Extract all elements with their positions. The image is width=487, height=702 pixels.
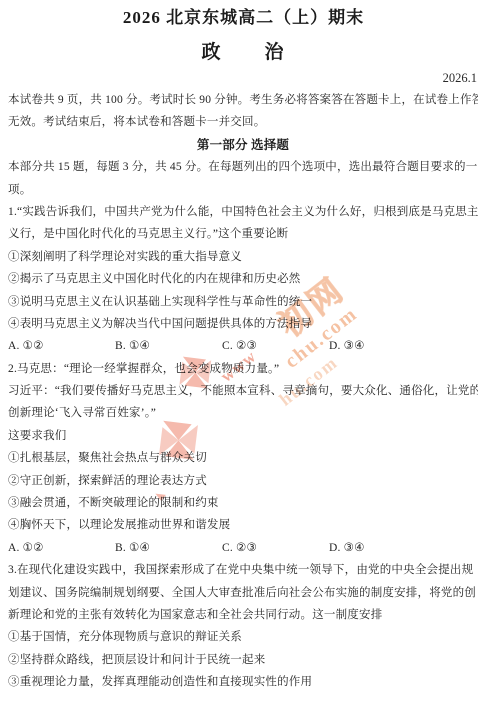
text-line: 2.马克思：“理论一经掌握群众，也会变成物质力量。” xyxy=(8,358,478,380)
answer-options-row: A. ①②B. ①④C. ②③D. ③④ xyxy=(8,537,478,559)
text-line: 义行，是中国化时代化的马克思主义行。”这个重要论断 xyxy=(8,223,478,245)
text-line: 新理论和党的主张有效转化为国家意志和全社会共同行动。这一制度安排 xyxy=(8,604,478,626)
exam-date: 2026.1 xyxy=(0,70,487,86)
text-line: 3.在现代化建设实践中，我国探索形成了在党中央集中统一领导下，由党的中央全会提出… xyxy=(8,559,478,581)
exam-paper-page: 2026 北京东城高二（上）期末 政 治 2026.1 本试卷共 9 页，共 1… xyxy=(0,0,487,702)
answer-option: C. ②③ xyxy=(222,537,329,559)
text-line: 创新理论‘飞入寻常百姓家’。” xyxy=(8,402,478,424)
text-line: ③重视理论力量，发挥真理能动创造性和直接现实性的作用 xyxy=(8,671,478,693)
answer-option: C. ②③ xyxy=(222,335,329,357)
text-line: 1.“实践告诉我们，中国共产党为什么能，中国特色社会主义为什么好，归根到底是马克… xyxy=(8,201,478,223)
text-line: ②守正创新，探索鲜活的理论表达方式 xyxy=(8,470,478,492)
answer-option: D. ③④ xyxy=(329,335,365,357)
text-line: 本试卷共 9 页，共 100 分。考试时长 90 分钟。考生务必将答案答在答题卡… xyxy=(8,89,478,111)
answer-option: A. ①② xyxy=(8,335,115,357)
section-heading: 第一部分 选择题 xyxy=(8,134,478,156)
text-line: ②坚持群众路线，把顶层设计和问计于民统一起来 xyxy=(8,649,478,671)
text-line: 项。 xyxy=(8,179,478,201)
answer-options-row: A. ①②B. ①④C. ②③D. ③④ xyxy=(8,335,478,357)
text-line: 划建议、国务院编制规划纲要、全国人大审查批准后向社会公布实施的制度安排，将党的创 xyxy=(8,582,478,604)
text-line: ①基于国情，充分体现物质与意识的辩证关系 xyxy=(8,626,478,648)
answer-option: A. ①② xyxy=(8,537,115,559)
text-line: 习近平：“我们要传播好马克思主义，不能照本宣科、寻章摘句，要大众化、通俗化，让党… xyxy=(8,380,478,402)
text-line: 本部分共 15 题，每题 3 分，共 45 分。在每题列出的四个选项中，选出最符… xyxy=(8,156,478,178)
text-line: ①扎根基层，聚焦社会热点与群众关切 xyxy=(8,447,478,469)
text-line: 无效。考试结束后，将本试卷和答题卡一并交回。 xyxy=(8,111,478,133)
text-line: ③说明马克思主义在认识基础上实现科学性与革命性的统一 xyxy=(8,291,478,313)
text-line: ①深刻阐明了科学理论对实践的重大指导意义 xyxy=(8,246,478,268)
text-line: ③融会贯通，不断突破理论的限制和约束 xyxy=(8,492,478,514)
text-line: ④胸怀天下，以理论发展推动世界和谐发展 xyxy=(8,514,478,536)
answer-option: B. ①④ xyxy=(115,335,222,357)
subject-title: 政 治 xyxy=(0,40,487,65)
exam-title: 2026 北京东城高二（上）期末 xyxy=(0,0,487,29)
answer-option: D. ③④ xyxy=(329,537,365,559)
answer-option: B. ①④ xyxy=(115,537,222,559)
text-line: 这要求我们 xyxy=(8,425,478,447)
document-body: 本试卷共 9 页，共 100 分。考试时长 90 分钟。考生务必将答案答在答题卡… xyxy=(8,89,478,694)
text-line: ④表明马克思主义为解决当代中国问题提供具体的方法指导 xyxy=(8,313,478,335)
text-line: ②揭示了马克思主义中国化时代化的内在规律和历史必然 xyxy=(8,268,478,290)
